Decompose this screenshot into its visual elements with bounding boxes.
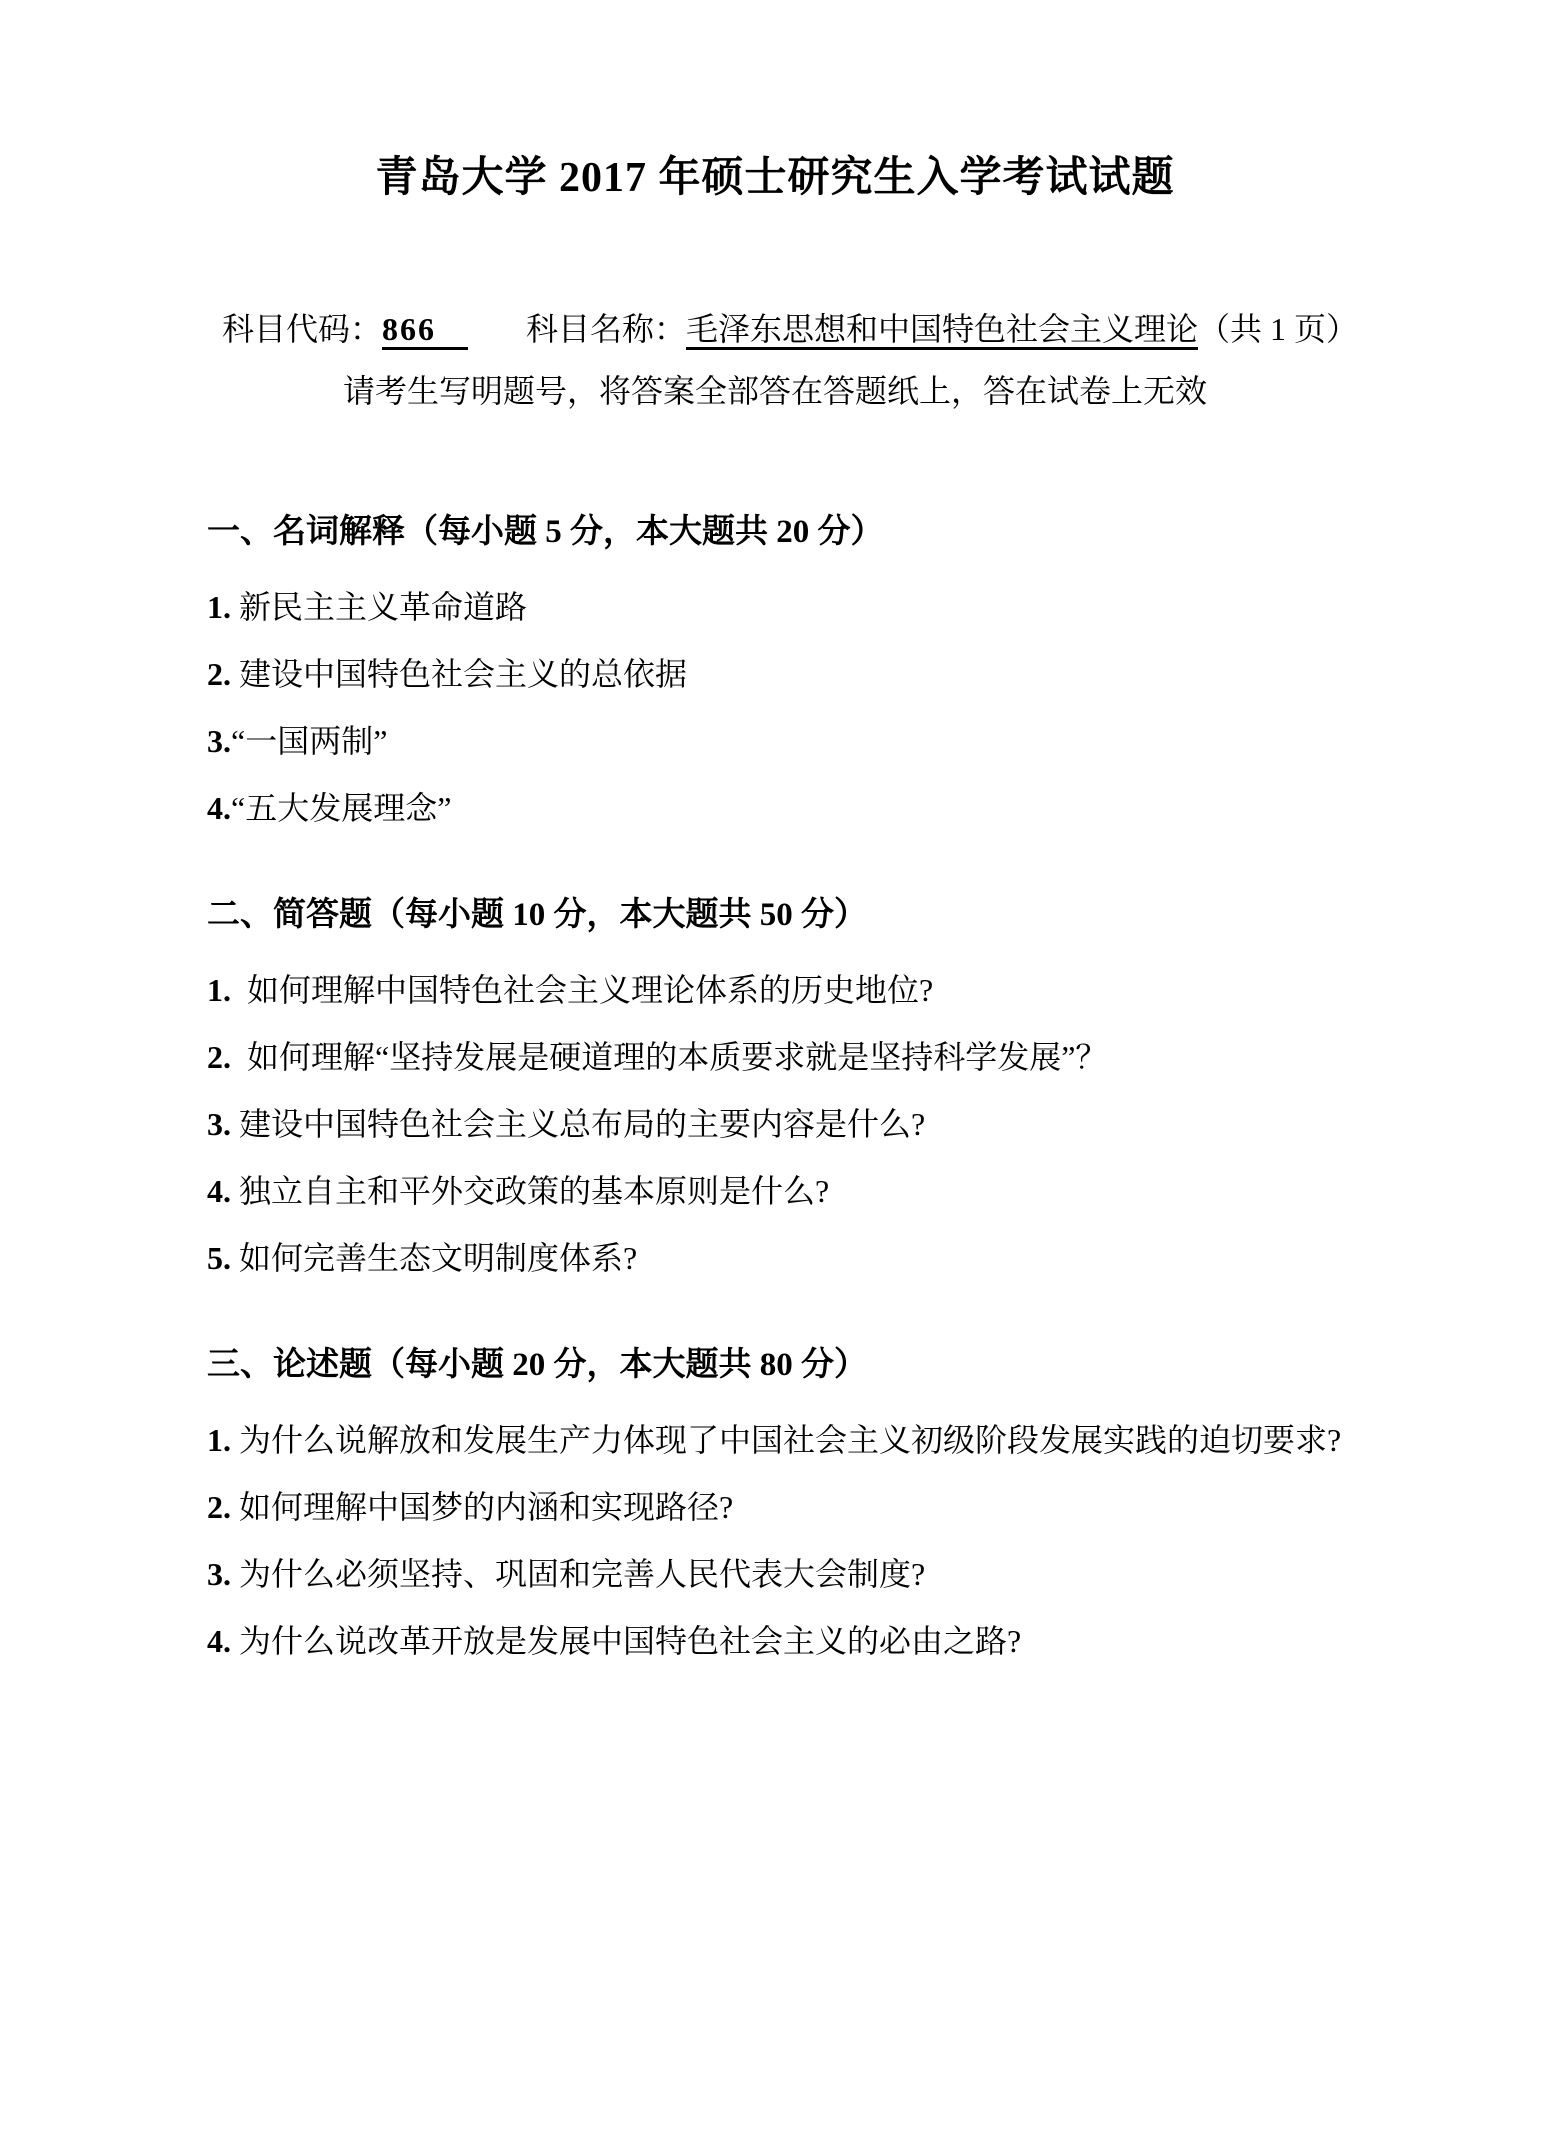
section-heading: 三、论述题（每小题 20 分，本大题共 80 分）: [207, 1342, 1355, 1388]
question-item: 3. 建设中国特色社会主义总布局的主要内容是什么?: [207, 1091, 1355, 1158]
question-text: 新民主主义革命道路: [231, 589, 527, 625]
section-essay: 三、论述题（每小题 20 分，本大题共 80 分） 1. 为什么说解放和发展生产…: [207, 1342, 1355, 1675]
section-heading: 二、简答题（每小题 10 分，本大题共 50 分）: [207, 892, 1355, 938]
question-number: 4.: [207, 790, 231, 826]
question-text: 如何理解“坚持发展是硬道理的本质要求就是坚持科学发展”？: [231, 1039, 1107, 1075]
question-text: “五大发展理念”: [231, 790, 451, 826]
question-number: 3.: [207, 1106, 231, 1142]
question-item: 1. 如何理解中国特色社会主义理论体系的历史地位?: [207, 957, 1355, 1024]
subject-code-label: 科目代码：: [222, 311, 382, 347]
question-item: 2. 如何理解“坚持发展是硬道理的本质要求就是坚持科学发展”？: [207, 1024, 1355, 1091]
question-item: 2. 建设中国特色社会主义的总依据: [207, 641, 1355, 708]
page-title: 青岛大学 2017 年硕士研究生入学考试试题: [0, 150, 1550, 206]
subject-name-value: 毛泽东思想和中国特色社会主义理论: [686, 311, 1198, 350]
question-number: 2.: [207, 656, 231, 692]
section-heading: 一、名词解释（每小题 5 分，本大题共 20 分）: [207, 509, 1355, 555]
page-count-note: （共 1 页）: [1198, 311, 1358, 347]
exam-paper-page: 青岛大学 2017 年硕士研究生入学考试试题 科目代码：866科目名称：毛泽东思…: [0, 0, 1550, 2150]
question-number: 1.: [207, 589, 231, 625]
subject-info-line: 科目代码：866科目名称：毛泽东思想和中国特色社会主义理论（共 1 页）: [222, 306, 1400, 352]
question-sections: 一、名词解释（每小题 5 分，本大题共 20 分） 1. 新民主主义革命道路 2…: [207, 509, 1355, 1675]
question-text: “一国两制”: [231, 723, 387, 759]
question-text: 为什么说改革开放是发展中国特色社会主义的必由之路?: [231, 1623, 1021, 1659]
question-number: 5.: [207, 1240, 231, 1276]
question-text: 建设中国特色社会主义的总依据: [231, 656, 687, 692]
section-term-explanation: 一、名词解释（每小题 5 分，本大题共 20 分） 1. 新民主主义革命道路 2…: [207, 509, 1355, 842]
question-text: 为什么必须坚持、巩固和完善人民代表大会制度?: [231, 1556, 925, 1592]
question-item: 5. 如何完善生态文明制度体系?: [207, 1225, 1355, 1292]
question-number: 2.: [207, 1039, 231, 1075]
question-text: 为什么说解放和发展生产力体现了中国社会主义初级阶段发展实践的迫切要求?: [231, 1422, 1341, 1458]
question-item: 3. 为什么必须坚持、巩固和完善人民代表大会制度?: [207, 1541, 1355, 1608]
question-item: 3.“一国两制”: [207, 708, 1355, 775]
question-text: 如何完善生态文明制度体系?: [231, 1240, 637, 1276]
question-number: 1.: [207, 972, 231, 1008]
question-text: 如何理解中国特色社会主义理论体系的历史地位?: [231, 972, 933, 1008]
question-item: 4.“五大发展理念”: [207, 775, 1355, 842]
question-number: 4.: [207, 1173, 231, 1209]
subject-name-label: 科目名称：: [526, 311, 686, 347]
question-number: 3.: [207, 1556, 231, 1592]
section-short-answer: 二、简答题（每小题 10 分，本大题共 50 分） 1. 如何理解中国特色社会主…: [207, 892, 1355, 1292]
question-number: 1.: [207, 1422, 231, 1458]
question-text: 如何理解中国梦的内涵和实现路径?: [231, 1489, 733, 1525]
question-number: 4.: [207, 1623, 231, 1659]
question-text: 建设中国特色社会主义总布局的主要内容是什么?: [231, 1106, 925, 1142]
question-text: 独立自主和平外交政策的基本原则是什么?: [231, 1173, 829, 1209]
answer-instruction-line: 请考生写明题号，将答案全部答在答题纸上，答在试卷上无效: [0, 368, 1550, 414]
subject-code-value: 866: [382, 311, 468, 350]
question-item: 1. 为什么说解放和发展生产力体现了中国社会主义初级阶段发展实践的迫切要求?: [207, 1407, 1355, 1474]
question-item: 1. 新民主主义革命道路: [207, 574, 1355, 641]
question-item: 2. 如何理解中国梦的内涵和实现路径?: [207, 1474, 1355, 1541]
question-number: 2.: [207, 1489, 231, 1525]
question-item: 4. 为什么说改革开放是发展中国特色社会主义的必由之路?: [207, 1608, 1355, 1675]
question-number: 3.: [207, 723, 231, 759]
question-item: 4. 独立自主和平外交政策的基本原则是什么?: [207, 1158, 1355, 1225]
